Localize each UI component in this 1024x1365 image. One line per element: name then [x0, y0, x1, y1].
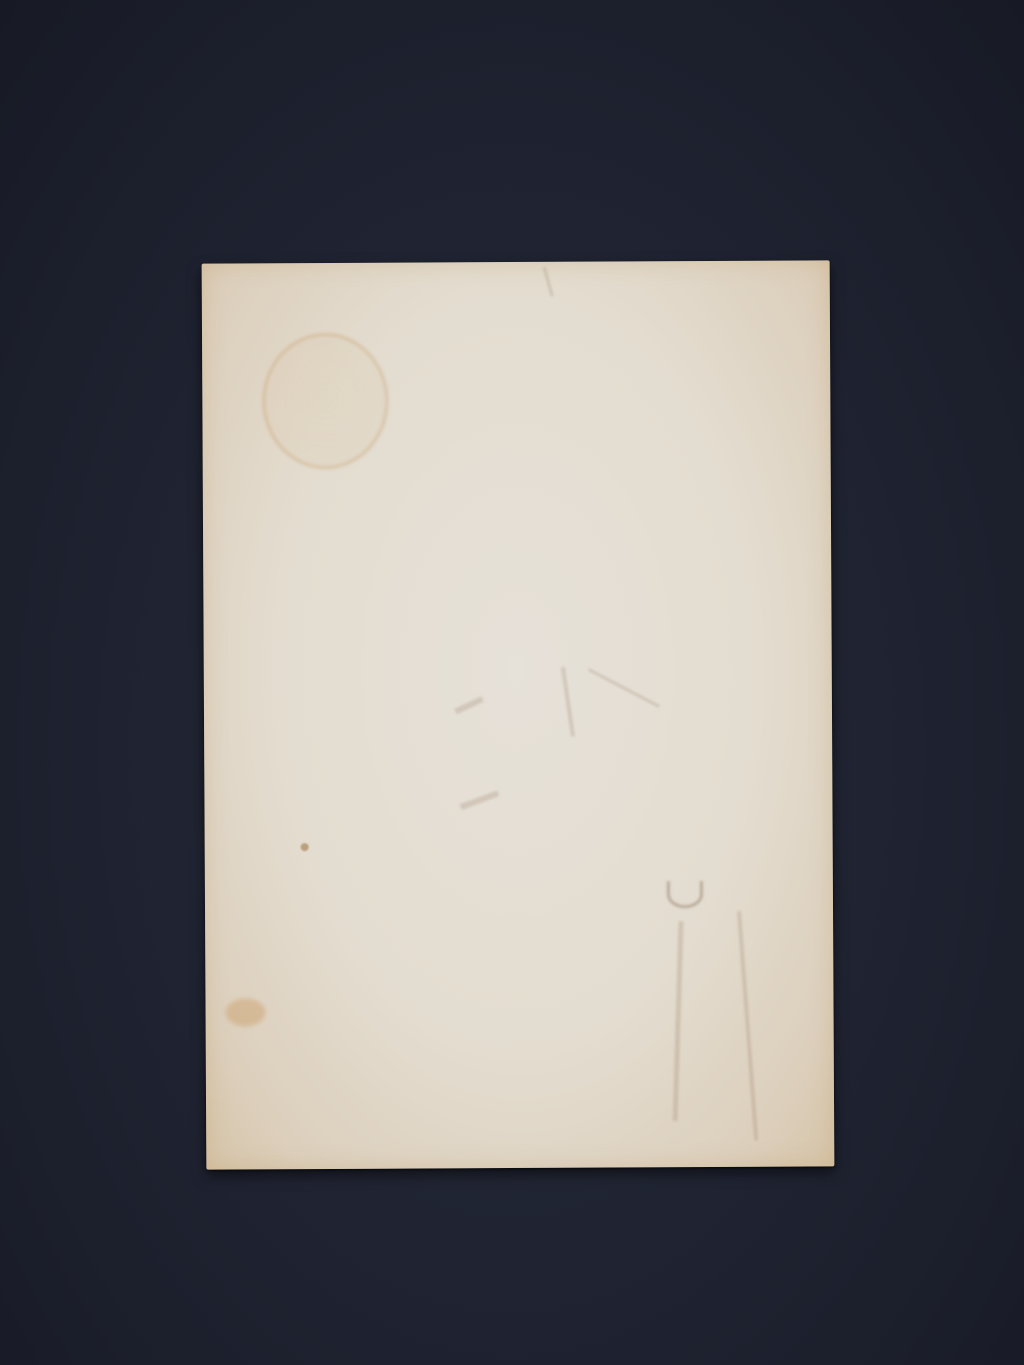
foxing-dot [301, 843, 309, 851]
foxing-spot [225, 998, 265, 1026]
faint-offset-mark [667, 881, 703, 908]
water-stain [262, 333, 389, 470]
aged-paper-card [202, 260, 835, 1169]
